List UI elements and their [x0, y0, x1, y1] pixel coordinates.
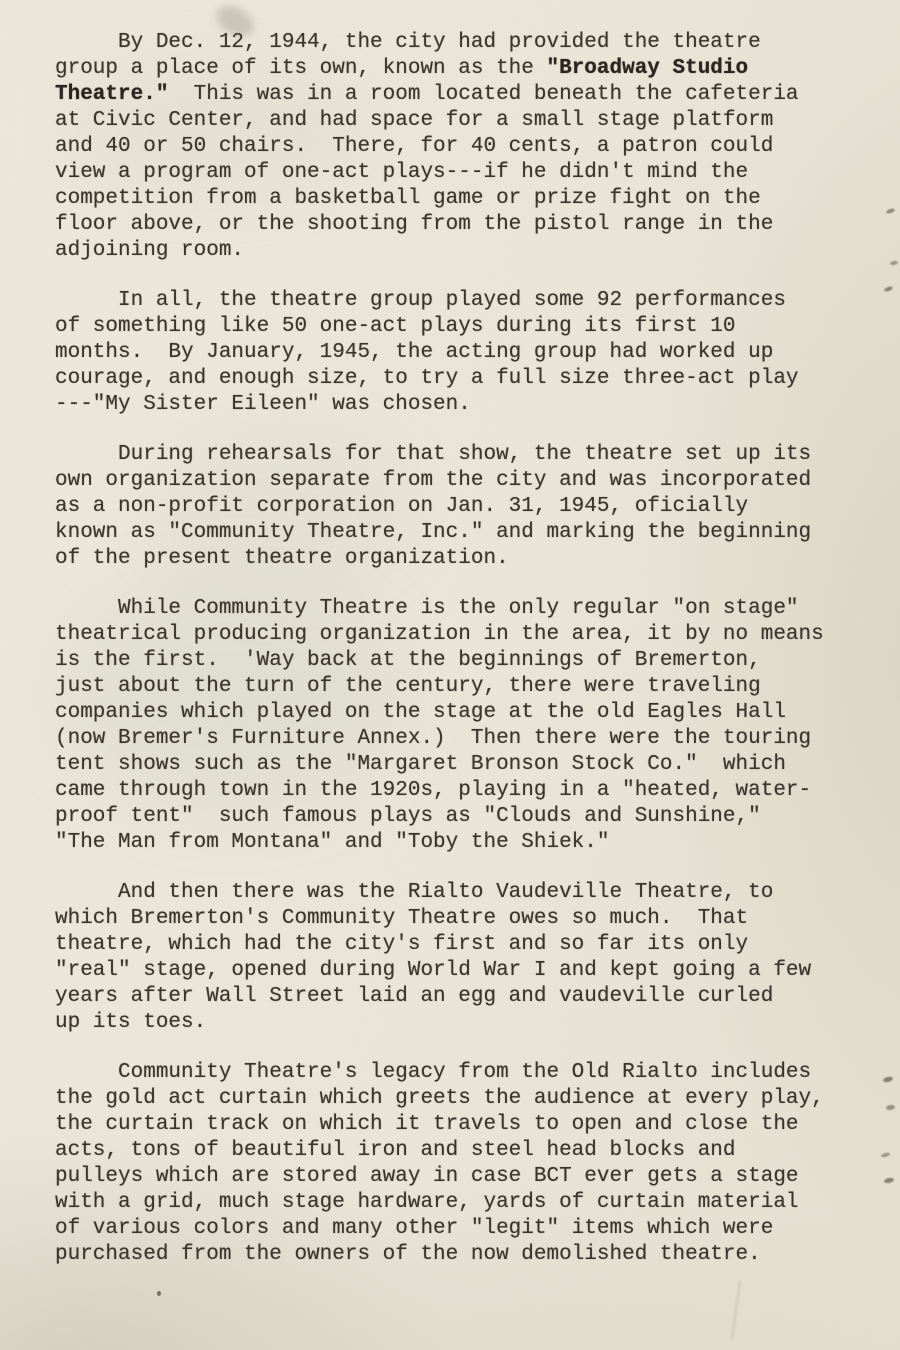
text-line: group a place of its own, known as the "… — [55, 56, 855, 82]
text-line: "real" stage, opened during World War I … — [55, 958, 855, 984]
text-run: own organization separate from the city … — [55, 469, 811, 492]
text-run: "real" stage, opened during World War I … — [55, 959, 811, 982]
text-run: came through town in the 1920s, playing … — [55, 779, 811, 802]
text-run: up its toes. — [55, 1011, 206, 1034]
text-line: tent shows such as the "Margaret Bronson… — [55, 752, 855, 778]
text-run: (now Bremer's Furniture Annex.) Then the… — [55, 727, 811, 750]
text-run: of the present theatre organization. — [55, 547, 509, 570]
text-run: with a grid, much stage hardware, yards … — [55, 1191, 799, 1214]
paragraph: While Community Theatre is the only regu… — [55, 596, 855, 856]
text-line: And then there was the Rialto Vaudeville… — [55, 880, 855, 906]
text-run: of something like 50 one-act plays durin… — [55, 315, 736, 338]
text-line: years after Wall Street laid an egg and … — [55, 984, 855, 1010]
text-line: While Community Theatre is the only regu… — [55, 596, 855, 622]
text-run: known as "Community Theatre, Inc." and m… — [55, 521, 811, 544]
text-run: the gold act curtain which greets the au… — [55, 1087, 824, 1110]
text-run: proof tent" such famous plays as "Clouds… — [55, 805, 761, 828]
text-run: By Dec. 12, 1944, the city had provided … — [55, 31, 761, 54]
edge-mark — [886, 1104, 896, 1110]
text-run: companies which played on the stage at t… — [55, 701, 786, 724]
text-line: which Bremerton's Community Theatre owes… — [55, 906, 855, 932]
edge-mark — [881, 1152, 891, 1158]
paragraph: During rehearsals for that show, the the… — [55, 442, 855, 572]
text-line: purchased from the owners of the now dem… — [55, 1242, 855, 1268]
document-page: By Dec. 12, 1944, the city had provided … — [0, 0, 900, 1350]
edge-mark — [886, 208, 896, 215]
edge-mark — [883, 1076, 894, 1083]
paragraph: Community Theatre's legacy from the Old … — [55, 1060, 855, 1268]
text-run: view a program of one-act plays---if he … — [55, 161, 748, 184]
text-run: tent shows such as the "Margaret Bronson… — [55, 753, 786, 776]
text-line: "The Man from Montana" and "Toby the Shi… — [55, 830, 855, 856]
text-line: the curtain track on which it travels to… — [55, 1112, 855, 1138]
text-run: This was in a room located beneath the c… — [168, 83, 798, 106]
text-run: Community Theatre's legacy from the Old … — [55, 1061, 811, 1084]
text-line: up its toes. — [55, 1010, 855, 1036]
text-run: months. By January, 1945, the acting gro… — [55, 341, 773, 364]
typewritten-text: By Dec. 12, 1944, the city had provided … — [55, 30, 855, 1292]
text-line: (now Bremer's Furniture Annex.) Then the… — [55, 726, 855, 752]
edge-mark — [890, 260, 899, 266]
text-run: which Bremerton's Community Theatre owes… — [55, 907, 748, 930]
text-line: Theatre." This was in a room located ben… — [55, 82, 855, 108]
text-run: competition from a basketball game or pr… — [55, 187, 761, 210]
text-line: just about the turn of the century, ther… — [55, 674, 855, 700]
text-line: view a program of one-act plays---if he … — [55, 160, 855, 186]
paragraph: And then there was the Rialto Vaudeville… — [55, 880, 855, 1036]
text-line: floor above, or the shooting from the pi… — [55, 212, 855, 238]
text-run: ---"My Sister Eileen" was chosen. — [55, 393, 471, 416]
text-run: acts, tons of beautiful iron and steel h… — [55, 1139, 736, 1162]
text-run: as a non-profit corporation on Jan. 31, … — [55, 495, 748, 518]
bold-text: "Broadway Studio — [546, 57, 748, 80]
text-run: of various colors and many other "legit"… — [55, 1217, 773, 1240]
text-run: at Civic Center, and had space for a sma… — [55, 109, 773, 132]
text-run: theatrical producing organization in the… — [55, 623, 824, 646]
text-run: In all, the theatre group played some 92… — [55, 289, 786, 312]
text-line: adjoining room. — [55, 238, 855, 264]
text-run: "The Man from Montana" and "Toby the Shi… — [55, 831, 610, 854]
text-line: and 40 or 50 chairs. There, for 40 cents… — [55, 134, 855, 160]
text-line: of various colors and many other "legit"… — [55, 1216, 855, 1242]
text-line: Community Theatre's legacy from the Old … — [55, 1060, 855, 1086]
text-run: group a place of its own, known as the — [55, 57, 546, 80]
text-line: as a non-profit corporation on Jan. 31, … — [55, 494, 855, 520]
text-line: By Dec. 12, 1944, the city had provided … — [55, 30, 855, 56]
text-line: at Civic Center, and had space for a sma… — [55, 108, 855, 134]
text-run: courage, and enough size, to try a full … — [55, 367, 799, 390]
paragraph: By Dec. 12, 1944, the city had provided … — [55, 30, 855, 264]
text-line: of something like 50 one-act plays durin… — [55, 314, 855, 340]
text-run: theatre, which had the city's first and … — [55, 933, 748, 956]
edge-mark — [884, 1177, 895, 1184]
text-line: months. By January, 1945, the acting gro… — [55, 340, 855, 366]
paragraph: In all, the theatre group played some 92… — [55, 288, 855, 418]
text-line: is the first. 'Way back at the beginning… — [55, 648, 855, 674]
text-line: with a grid, much stage hardware, yards … — [55, 1190, 855, 1216]
text-run: is the first. 'Way back at the beginning… — [55, 649, 761, 672]
bold-text: Theatre." — [55, 83, 168, 106]
text-line: During rehearsals for that show, the the… — [55, 442, 855, 468]
text-line: In all, the theatre group played some 92… — [55, 288, 855, 314]
text-line: courage, and enough size, to try a full … — [55, 366, 855, 392]
text-run: the curtain track on which it travels to… — [55, 1113, 799, 1136]
text-line: ---"My Sister Eileen" was chosen. — [55, 392, 855, 418]
text-line: theatrical producing organization in the… — [55, 622, 855, 648]
text-run: adjoining room. — [55, 239, 244, 262]
text-run: And then there was the Rialto Vaudeville… — [55, 881, 773, 904]
text-line: own organization separate from the city … — [55, 468, 855, 494]
text-line: proof tent" such famous plays as "Clouds… — [55, 804, 855, 830]
text-run: years after Wall Street laid an egg and … — [55, 985, 773, 1008]
text-run: purchased from the owners of the now dem… — [55, 1243, 761, 1266]
text-line: companies which played on the stage at t… — [55, 700, 855, 726]
text-run: During rehearsals for that show, the the… — [55, 443, 811, 466]
text-run: pulleys which are stored away in case BC… — [55, 1165, 799, 1188]
text-line: known as "Community Theatre, Inc." and m… — [55, 520, 855, 546]
text-run: and 40 or 50 chairs. There, for 40 cents… — [55, 135, 773, 158]
text-line: the gold act curtain which greets the au… — [55, 1086, 855, 1112]
text-run: While Community Theatre is the only regu… — [55, 597, 799, 620]
text-line: competition from a basketball game or pr… — [55, 186, 855, 212]
text-line: of the present theatre organization. — [55, 546, 855, 572]
text-line: acts, tons of beautiful iron and steel h… — [55, 1138, 855, 1164]
text-run: just about the turn of the century, ther… — [55, 675, 761, 698]
text-line: theatre, which had the city's first and … — [55, 932, 855, 958]
text-line: came through town in the 1920s, playing … — [55, 778, 855, 804]
text-line: pulleys which are stored away in case BC… — [55, 1164, 855, 1190]
text-run: floor above, or the shooting from the pi… — [55, 213, 773, 236]
edge-mark — [884, 286, 894, 293]
